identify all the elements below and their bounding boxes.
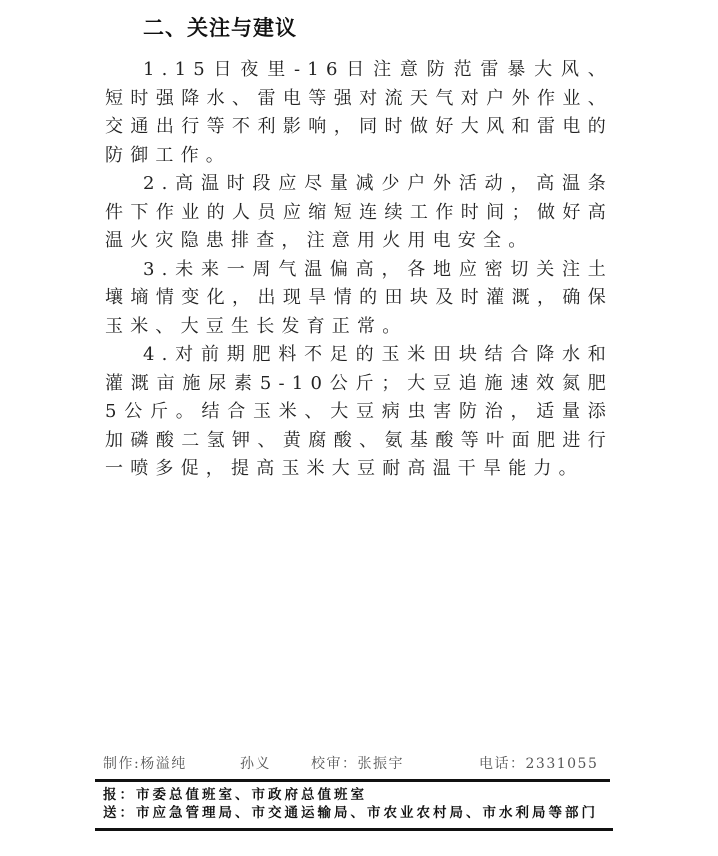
advice-paragraph-3: 3.未来一周气温偏高，各地应密切关注土壤墒情变化，出现旱情的田块及时灌溉，确保玉… xyxy=(105,256,613,342)
distribution-report-to: 报：市委总值班室、市政府总值班室 xyxy=(103,786,367,804)
credit-reviewer: 校审：张振宇 xyxy=(311,753,404,773)
advice-body: 1.15日夜里-16日注意防范雷暴大风、短时强降水、雷电等强对流天气对户外作业、… xyxy=(105,56,613,484)
advice-paragraph-2: 2.高温时段应尽量减少户外活动，高温条件下作业的人员应缩短连续工作时间；做好高温… xyxy=(105,170,613,256)
section-heading: 二、关注与建议 xyxy=(143,15,297,41)
credit-maker-2: 孙义 xyxy=(240,753,271,773)
credit-phone: 电话：2331055 xyxy=(479,753,598,773)
advice-paragraph-1: 1.15日夜里-16日注意防范雷暴大风、短时强降水、雷电等强对流天气对户外作业、… xyxy=(105,56,613,170)
footer-rule-top xyxy=(95,779,610,782)
distribution-send-to: 送：市应急管理局、市交通运输局、市农业农村局、市水利局等部门 xyxy=(103,804,598,822)
footer-rule-bottom xyxy=(95,828,613,831)
footer-credits: 制作:杨溢纯 孙义 校审：张振宇 电话：2331055 xyxy=(103,753,613,773)
credit-maker: 制作:杨溢纯 xyxy=(103,753,187,773)
advice-paragraph-4: 4.对前期肥料不足的玉米田块结合降水和灌溉亩施尿素5-10公斤；大豆追施速效氮肥… xyxy=(105,341,613,484)
